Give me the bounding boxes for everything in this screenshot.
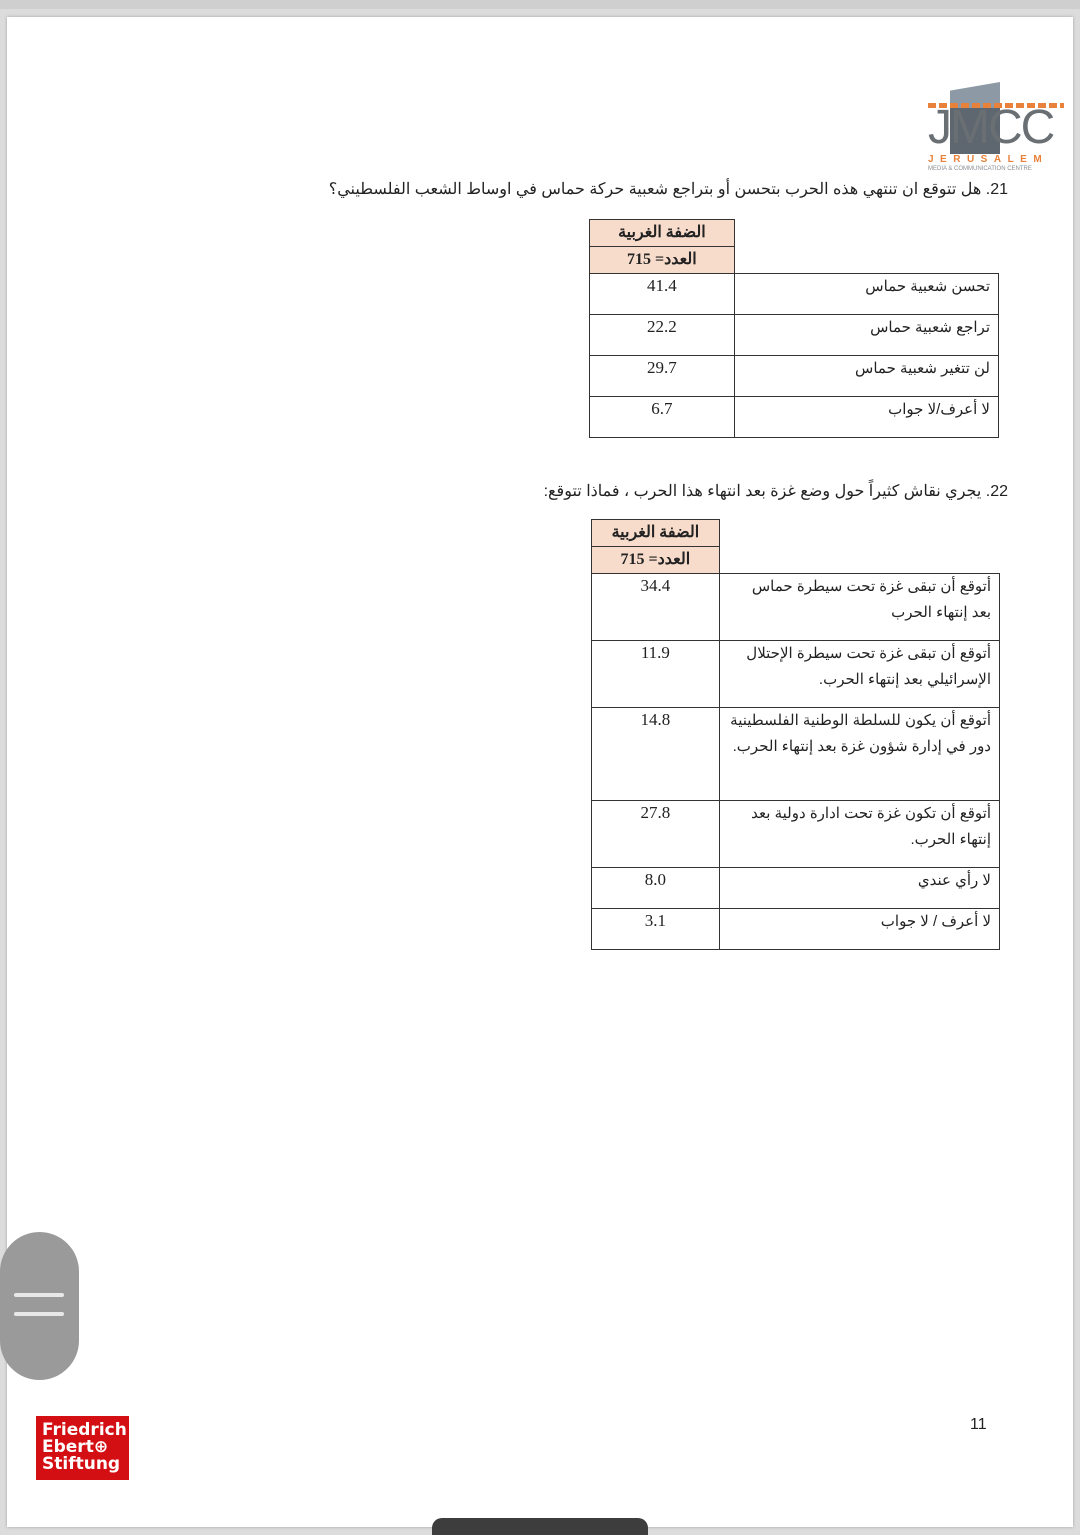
- logo-letters: JMCC: [928, 102, 1053, 154]
- logo-subtitle: MEDIA & COMMUNICATION CENTRE: [928, 166, 1032, 172]
- table-row: لا أعرف / لا جواب 3.1: [592, 909, 1000, 950]
- table-row: أتوقع أن تكون غزة تحت ادارة دولية بعد إن…: [592, 801, 1000, 868]
- table-q21: الضفة الغربية العدد= 715 تحسن شعبية حماس…: [589, 219, 999, 438]
- row-label: أتوقع أن تبقى غزة تحت سيطرة حماس بعد إنت…: [719, 574, 999, 641]
- row-value: 27.8: [592, 801, 720, 868]
- header-count: العدد= 715: [592, 547, 720, 574]
- row-value: 6.7: [590, 397, 735, 438]
- row-label: أتوقع أن يكون للسلطة الوطنية الفلسطينية …: [719, 708, 999, 801]
- row-label: تراجع شعبية حماس: [734, 315, 998, 356]
- page-number: 11: [970, 1416, 987, 1434]
- table-row: لا رأي عندي 8.0: [592, 868, 1000, 909]
- top-bar: [0, 0, 1080, 9]
- row-label: أتوقع أن تبقى غزة تحت سيطرة الإحتلال الإ…: [719, 641, 999, 708]
- scroll-handle[interactable]: [0, 1232, 79, 1380]
- jmcc-logo: JMCC JERUSALEM MEDIA & COMMUNICATION CEN…: [920, 80, 1070, 180]
- row-label: لن تتغير شعبية حماس: [734, 356, 998, 397]
- table-row: أتوقع أن يكون للسلطة الوطنية الفلسطينية …: [592, 708, 1000, 801]
- table-corner: [734, 247, 998, 274]
- fes-logo-line: Stiftung: [42, 1456, 129, 1473]
- grip-line-icon: [14, 1293, 64, 1297]
- table-q22: الضفة الغربية العدد= 715 أتوقع أن تبقى غ…: [591, 519, 1000, 950]
- row-label: أتوقع أن تكون غزة تحت ادارة دولية بعد إن…: [719, 801, 999, 868]
- row-value: 3.1: [592, 909, 720, 950]
- row-value: 14.8: [592, 708, 720, 801]
- question-22: 22. يجري نقاش كثيراً حول وضع غزة بعد انت…: [544, 481, 1008, 501]
- question-21: 21. هل تتوقع ان تنتهي هذه الحرب بتحسن أو…: [329, 179, 1008, 199]
- header-region: الضفة الغربية: [592, 520, 720, 547]
- logo-city: JERUSALEM: [928, 154, 1048, 165]
- fes-logo: Friedrich Ebert⊕ Stiftung: [36, 1416, 129, 1480]
- row-value: 22.2: [590, 315, 735, 356]
- row-label: لا أعرف/لا جواب: [734, 397, 998, 438]
- row-value: 34.4: [592, 574, 720, 641]
- table-row: لا أعرف/لا جواب 6.7: [590, 397, 999, 438]
- table-row: أتوقع أن تبقى غزة تحت سيطرة الإحتلال الإ…: [592, 641, 1000, 708]
- row-value: 11.9: [592, 641, 720, 708]
- row-label: لا رأي عندي: [719, 868, 999, 909]
- row-value: 8.0: [592, 868, 720, 909]
- grip-line-icon: [14, 1312, 64, 1316]
- row-value: 41.4: [590, 274, 735, 315]
- table-corner: [734, 220, 998, 247]
- header-region: الضفة الغربية: [590, 220, 735, 247]
- row-value: 29.7: [590, 356, 735, 397]
- home-indicator[interactable]: [432, 1518, 648, 1535]
- row-label: لا أعرف / لا جواب: [719, 909, 999, 950]
- table-row: أتوقع أن تبقى غزة تحت سيطرة حماس بعد إنت…: [592, 574, 1000, 641]
- table-row: تراجع شعبية حماس 22.2: [590, 315, 999, 356]
- header-count: العدد= 715: [590, 247, 735, 274]
- table-row: لن تتغير شعبية حماس 29.7: [590, 356, 999, 397]
- table-corner: [719, 520, 999, 547]
- row-label: تحسن شعبية حماس: [734, 274, 998, 315]
- table-row: تحسن شعبية حماس 41.4: [590, 274, 999, 315]
- table-corner: [719, 547, 999, 574]
